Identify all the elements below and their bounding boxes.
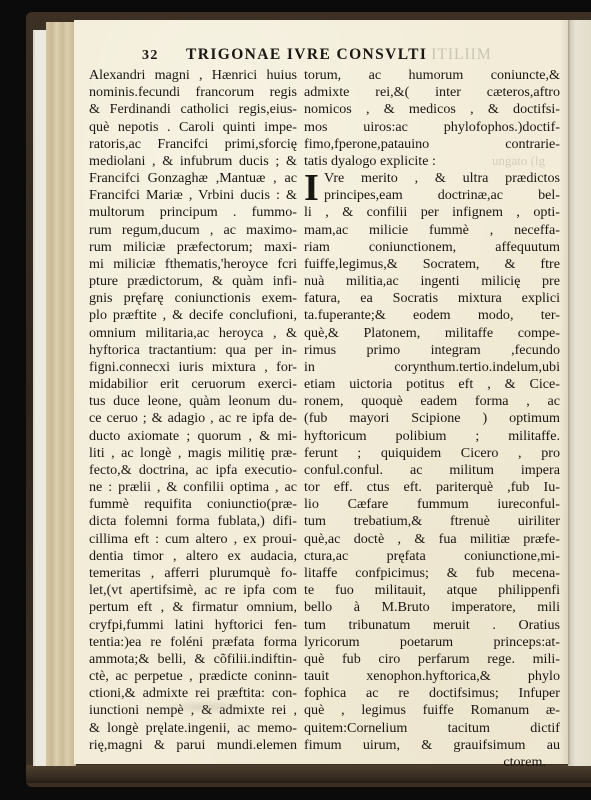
left-text-column: Alexandri magni , Hænrici huius nominis.… [89,67,297,754]
text-line: quitem:Cornelium tacitum dictif [304,720,560,737]
text-line: rię,magni & parui mundi.elemen [89,737,297,754]
text-line: pertum eft , & firmatur omnium, [89,599,297,616]
text-line: & Ferdinandi catholici regis,eius- [89,101,297,118]
text-line: Francifci Mariæ , Vrbini ducis : & [89,187,297,204]
text-line: & longè pręlate.ingenii, ac memo- [89,720,297,737]
page-number: 32 [142,48,186,64]
text-line: litaffe confpicimus; & fub mecena- [304,565,560,582]
text-line: Francifci Gonzaghæ ,Mantuæ , ac [89,170,297,187]
text-line: tum trebatium,& ftrenuè uiriliter [304,513,560,530]
text-line: tentia:)ea re foléni præfata forma [89,634,297,651]
text-line: tauit xenophon.hyftorica,& phylo [304,668,560,685]
facing-page-edge [568,20,591,766]
text-line: riam coniunctionem, affequutum [304,239,560,256]
scanned-book-page: 32TRIGONAE IVRE CONSVLTIITILIIM ungato (… [0,0,591,800]
text-line: pture prædictorum, & quàm infi- [89,273,297,290]
text-line: mam,ac milicie fummè , neceffa- [304,222,560,239]
text-line: hyftorica tractantium: qua per in- [89,342,297,359]
text-line: què , legimus fuiffe Romanum æ- [304,702,560,719]
text-line: (fub mayori Scipione ) optimum [304,410,560,427]
text-line: bello à M.Bruto imperatore, mili [304,599,560,616]
text-line: ne : prælii , & confilii optima , ac [89,479,297,496]
text-line: ce ceruo ; & adagio , ac re ipfa de- [89,410,297,427]
running-head-title: TRIGONAE IVRE CONSVLTI [186,46,427,63]
text-line: fecto,& doctrina, ac ipfa executio- [89,462,297,479]
text-line: lyricorum poetarum princeps:at- [304,634,560,651]
text-line: torum, ac humorum coniuncte,& [304,67,560,84]
text-line: tor eff. ctus eft. pariterquè ,fub Iu- [304,479,560,496]
gutter-shadow [560,20,570,764]
text-line: què fub ciro perfarum rege. mili- [304,651,560,668]
text-line: fimum uirum, & grauifsimum au [304,737,560,754]
text-line: ducto axiomate ; quorum , & mi- [89,428,297,445]
text-line: Alexandri magni , Hænrici huius [89,67,297,84]
running-head-showthrough: ITILIIM [431,46,491,63]
text-line: let,(vt apertifsimè, ac re ipfa com [89,582,297,599]
text-line: ctura,ac pręfata coniunctione,mi- [304,548,560,565]
text-line: lio Cæfare fummum iureconful- [304,496,560,513]
text-line: rimus primo integram ,fecundo [304,342,560,359]
text-line: te fuo militauit, atque philippenfi [304,582,560,599]
text-line: tum tribunatum meruit . Oratius [304,617,560,634]
text-line: principes,eam doctrinæ,ac bel- [304,187,560,204]
text-line: fimo,fperone,patauino contrarie- [304,136,560,153]
text-line: tus duce leone, quàm leonum du- [89,393,297,410]
text-line: admixte rei,&( inter cæteros,aftro [304,84,560,101]
text-line: fatura, ea Socratis mixtura explici [304,290,560,307]
text-line: ferunt ; quiquidem Cicero , pro [304,445,560,462]
paragraph-first-line: I Vre merito , & ultra prædictos [304,170,560,187]
text-line: gnis pręfarę coniunctionis exem- [89,290,297,307]
text-line: fophica ac re doctifsimus; Infuper [304,685,560,702]
text-line: què,& Platonem, militaffe compe- [304,325,560,342]
text-line: mediolani , & infubrum ducis ; & [89,153,297,170]
text-line: omnium militaria,ac heroyca , & [89,325,297,342]
text-line: in corynthum.tertio.indelum,ubi [304,359,560,376]
closing-line: ctorem. [304,754,560,771]
text-line: dicta folemni forma fublata,) difi- [89,513,297,530]
text-line: dentia timor , altero ex audacia, [89,548,297,565]
text-line: què nepotis . Caroli quinti impe- [89,119,297,136]
text-line: rum miliciæ præfectorum; maxi- [89,239,297,256]
right-text-column: torum, ac humorum coniuncte,& admixte re… [304,67,560,771]
text-line: ratoris,ac Francifci primi,sforcię [89,136,297,153]
page-block-edge [46,22,76,766]
text-line: cryfpi,fummi latini hyftorici fen- [89,617,297,634]
text-line: mos uiros:ac phylofophos.)doctif- [304,119,560,136]
text-line: ronem, quoquè eadem forma , ac [304,393,560,410]
text-line: tatis dyalogo explicite : [304,153,560,170]
text-line: multorum principum . fummo- [89,204,297,221]
text-line: temeritas , afferri plurumquè fo- [89,565,297,582]
text-line: ctè, ac perpetue , prædicte coninn- [89,668,297,685]
text-line: ammota;& belli, & cõfilii.indiftin- [89,651,297,668]
text-line: hyftoricum polibium ; militaffe. [304,428,560,445]
text-line: nominis.fecundi francorum regis [89,84,297,101]
text-line: midabilior erit ceruorum exerci- [89,376,297,393]
text-line: nuà militia,ac ingenti milicię pre [304,273,560,290]
text-line: conful.conful. ac militum impera [304,462,560,479]
text-line: liti , ac longè , magis militię præ- [89,445,297,462]
text-line: cillima eft : cum altero , ex proui- [89,531,297,548]
text-line: nomicos , & medicos , & doctifsi- [304,101,560,118]
text-line: Vre merito , & ultra prædictos [324,170,560,186]
text-line: figni.connecxi iuris mixtura , for- [89,359,297,376]
text-line: fummè requifita coniunctio(præ- [89,496,297,513]
text-line: fuiffe,legimus,& Socratem, & ftre [304,256,560,273]
text-line: ta.fuperante;& eodem modo, ter- [304,307,560,324]
text-line: li , & confilii per infignem , opti- [304,204,560,221]
text-line: plo præftite , & decife conclufioni, [89,307,297,324]
text-line: etiam uictoria potitus eft , & Cice- [304,376,560,393]
ink-smudge [160,700,250,714]
text-line: mi miliciæ fthematis,'heroyce fcri [89,256,297,273]
text-line: què,ac doctè , & fua militiæ præfe- [304,531,560,548]
running-head: 32TRIGONAE IVRE CONSVLTIITILIIM [142,46,562,68]
drop-cap-initial: I [304,171,319,205]
text-line: rum regum,ducum , ac maximo- [89,222,297,239]
